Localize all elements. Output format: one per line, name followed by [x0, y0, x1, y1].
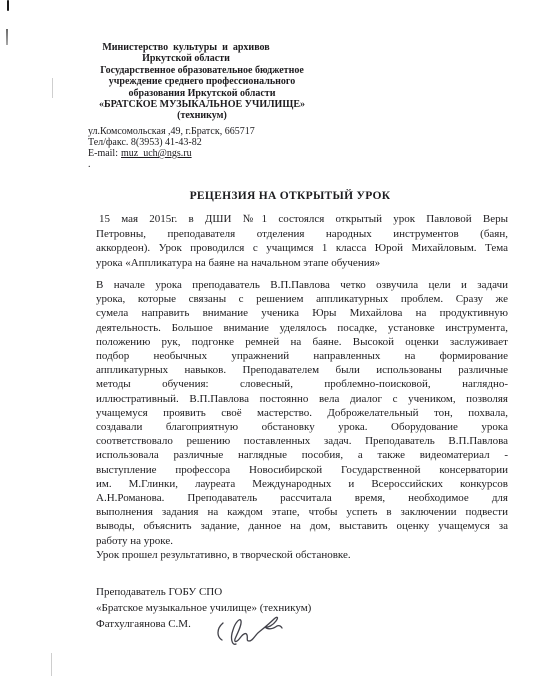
paragraph-line: им. М.Глинки, лауреата Международных и В… — [96, 477, 508, 491]
letterhead-org-block: Министерство культуры и архивовИркутской… — [86, 42, 318, 122]
letterhead-contact-block: ул.Комсомольская ,49, г.Братск, 665717 Т… — [88, 126, 255, 170]
closing-line: Урок прошел результативно, в творческой … — [96, 548, 508, 562]
paragraph-line: выступление профессора Новосибирской Гос… — [96, 463, 508, 477]
paragraph-line: деятельность. Большое внимание уделялось… — [96, 321, 508, 335]
letterhead-org-line: учреждение среднего профессионального — [86, 76, 318, 87]
paragraph-line: сумела направить внимание ученика Юры Ми… — [96, 306, 508, 320]
paragraph-lesson-info: 15 мая 2015г. в ДШИ №1 состоялся открыты… — [96, 212, 508, 271]
paragraph-line: методы обучения: словесный, проблемно-по… — [96, 377, 508, 391]
scan-artifact-mark — [6, 29, 8, 45]
paragraph-line: 15 мая 2015г. в ДШИ №1 состоялся открыты… — [96, 212, 508, 227]
paragraph-line: аккордеон). Урок проводился с учащимся 1… — [96, 241, 508, 256]
letterhead-email-line: E-mail:muz_uch@ngs.ru — [88, 148, 255, 159]
paragraph-line: работу на уроке. — [96, 534, 508, 548]
scanned-document-page: Министерство культуры и архивовИркутской… — [0, 0, 540, 700]
letterhead-address: ул.Комсомольская ,49, г.Братск, 665717 — [88, 126, 255, 137]
paragraph-line: создавали благоприятную обстановку урока… — [96, 420, 508, 434]
paragraph-line: А.Н.Романова. Преподаватель рассчитала в… — [96, 491, 508, 505]
paragraph-line: учащемуся проявить своё мастерство. Добр… — [96, 406, 508, 420]
scan-artifact-mark — [51, 653, 52, 676]
paragraph-line: соответствовало решению поставленных зад… — [96, 434, 508, 448]
scan-artifact-mark — [7, 0, 9, 11]
letterhead-org-line: Министерство культуры и архивов — [86, 42, 318, 53]
paragraph-line: использовала различные наглядные пособия… — [96, 448, 508, 462]
stray-dot: . — [88, 159, 255, 170]
paragraph-review-body: В начале урока преподаватель В.П.Павлова… — [96, 278, 508, 562]
letterhead-org-line: Государственное образовательное бюджетно… — [86, 65, 318, 76]
handwritten-signature-icon — [212, 613, 284, 649]
paragraph-line: В начале урока преподаватель В.П.Павлова… — [96, 278, 508, 292]
paragraph-line: урока «Аппликатура на баяне на начальном… — [96, 256, 508, 271]
paragraph-line: аппликатурных навыков. Преподавателем бы… — [96, 363, 508, 377]
email-address: muz_uch@ngs.ru — [121, 148, 192, 159]
letterhead-org-line: Иркутской области — [86, 53, 318, 64]
signature-position: Преподаватель ГОБУ СПО — [96, 585, 311, 601]
scan-artifact-mark — [52, 78, 53, 98]
review-lines: В начале урока преподаватель В.П.Павлова… — [96, 278, 508, 548]
letterhead-org-line: образования Иркутской области — [86, 88, 318, 99]
document-title: РЕЦЕНЗИЯ НА ОТКРЫТЫЙ УРОК — [80, 189, 500, 203]
letterhead-org-line: (техникум) — [86, 110, 318, 121]
letterhead-org-line: «БРАТСКОЕ МУЗЫКАЛЬНОЕ УЧИЛИЩЕ» — [86, 99, 318, 110]
paragraph-line: выводы, объяснить задание, данное на дом… — [96, 519, 508, 533]
letterhead-phone: Тел/факс. 8(3953) 41-43-82 — [88, 137, 255, 148]
paragraph-line: урока, которые связаны с решением апплик… — [96, 292, 508, 306]
paragraph-line: выполнения задания на каждом этапе, чтоб… — [96, 505, 508, 519]
paragraph-line: положению рук, подгонке ремней на баяне.… — [96, 335, 508, 349]
paragraph-line: подбор необычных упражнений направленных… — [96, 349, 508, 363]
paragraph-line: иллюстративный. В.П.Павлова постоянно ве… — [96, 392, 508, 406]
paragraph-line: Петровны, преподавателя отделения народн… — [96, 227, 508, 242]
email-label: E-mail: — [88, 148, 118, 159]
